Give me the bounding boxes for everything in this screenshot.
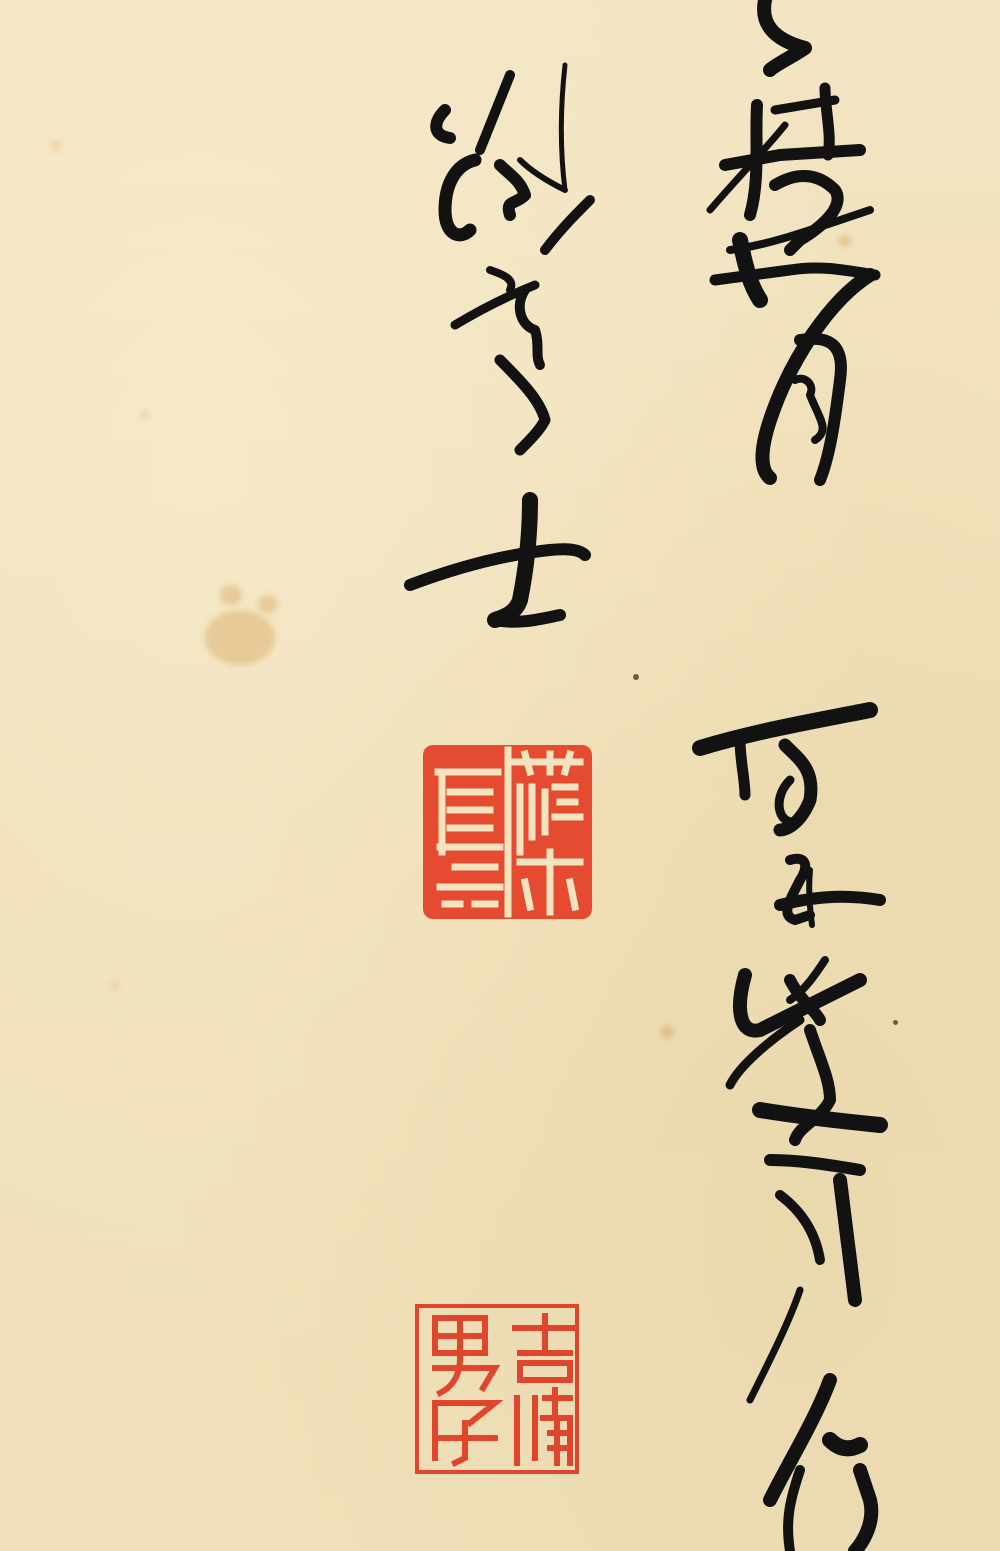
calligraphy-scroll: [0, 0, 1000, 1551]
upper-seal: [420, 742, 595, 922]
lower-seal: [405, 1298, 585, 1478]
